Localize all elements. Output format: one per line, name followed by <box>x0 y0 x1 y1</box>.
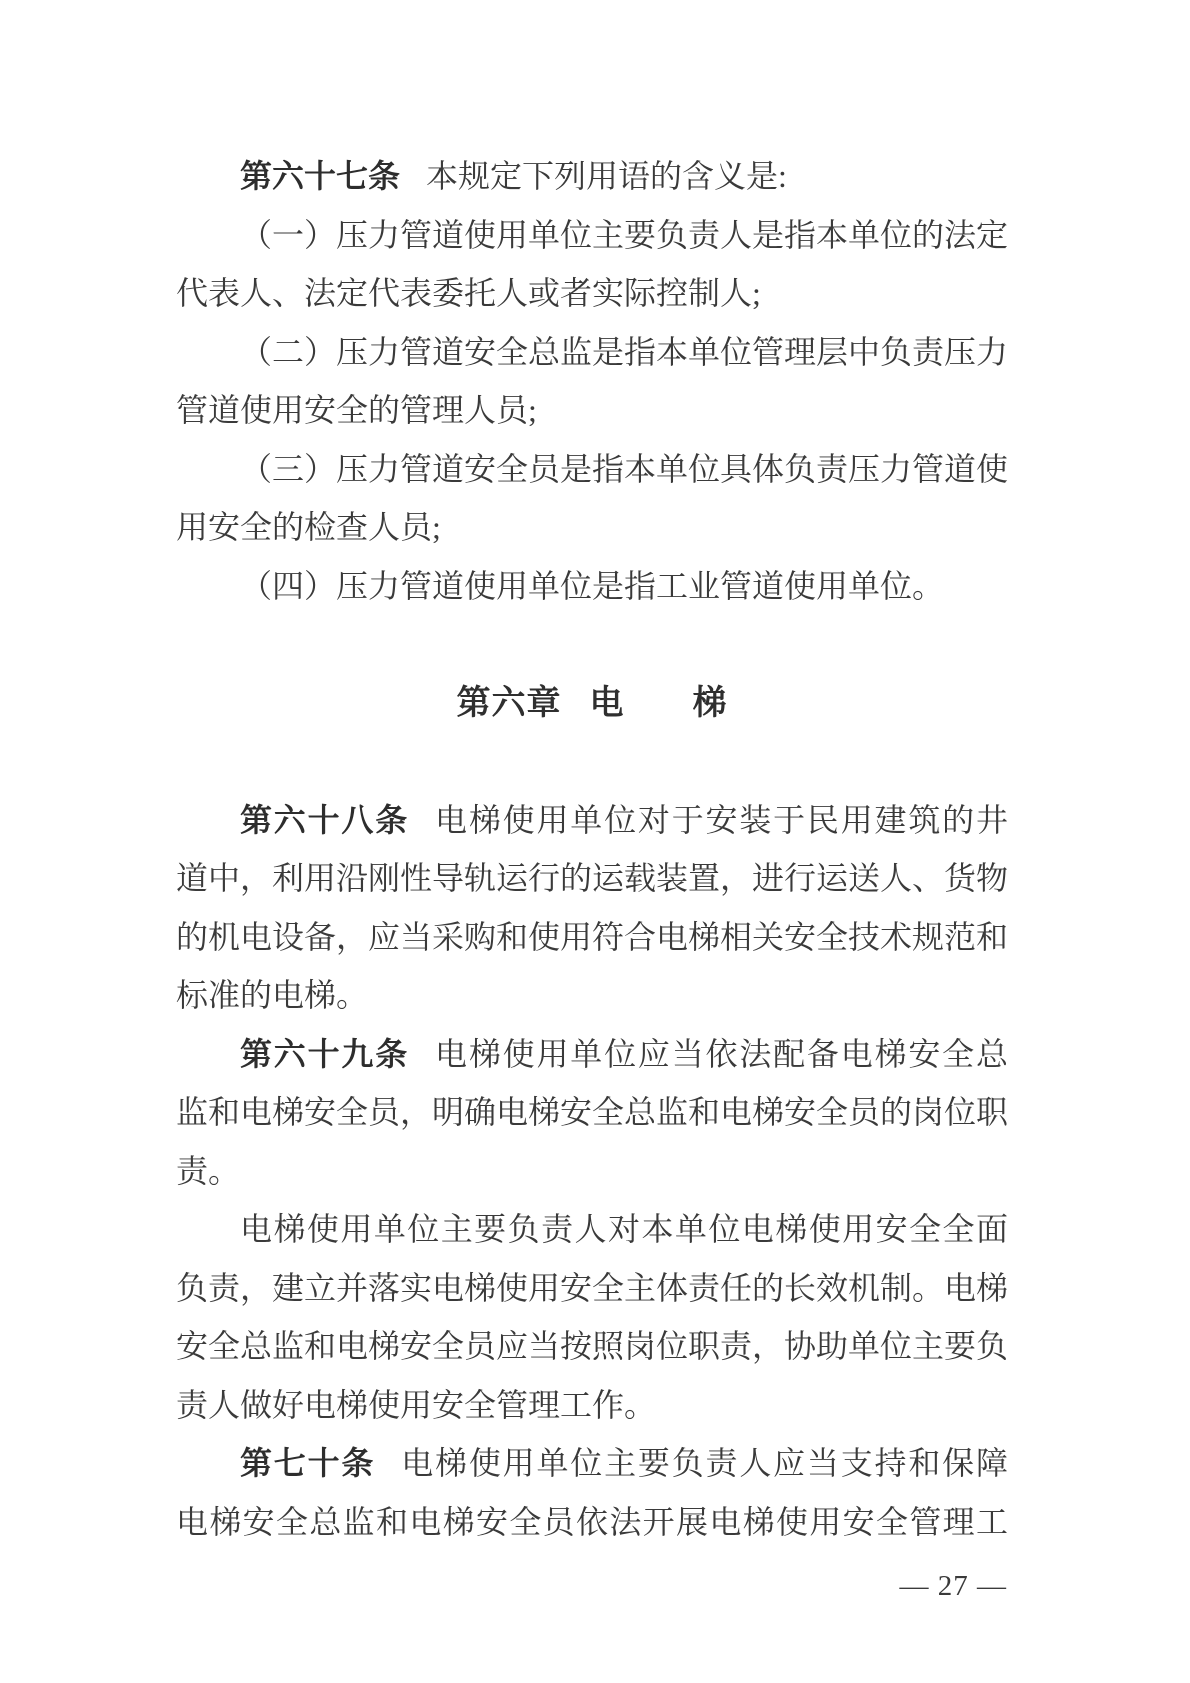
article-70-label: 第七十条 <box>240 1445 375 1481</box>
article-70-text-line-1: 电梯使用单位主要负责人应当支持和保障 <box>401 1445 1008 1481</box>
article-68-line-4: 标准的电梯。 <box>176 966 1008 1025</box>
chapter-6-heading: 第六章电梯 <box>176 674 1008 733</box>
article-69-line-2: 监和电梯安全员，明确电梯安全总监和电梯安全员的岗位职 <box>176 1083 1008 1142</box>
article-67-label: 第六十七条 <box>240 158 400 194</box>
article-69-line-3: 责。 <box>176 1142 1008 1201</box>
article-69-text-line-1: 电梯使用单位应当依法配备电梯安全总 <box>435 1036 1008 1072</box>
article-70-line-2: 电梯安全总监和电梯安全员依法开展电梯使用安全管理工 <box>176 1493 1008 1552</box>
article-68-line-3: 的机电设备，应当采购和使用符合电梯相关安全技术规范和 <box>176 908 1008 967</box>
article-68-text-line-1: 电梯使用单位对于安装于民用建筑的井 <box>435 802 1008 838</box>
chapter-6-title-char-1: 电 <box>590 684 625 722</box>
article-70-line-1: 第七十条电梯使用单位主要负责人应当支持和保障 <box>176 1434 1008 1493</box>
article-69-label: 第六十九条 <box>240 1036 409 1072</box>
article-69-para-2-line-4: 责人做好电梯使用安全管理工作。 <box>176 1376 1008 1435</box>
page-number: — 27 — <box>176 1571 1008 1601</box>
article-68-line-2: 道中，利用沿刚性导轨运行的运载装置，进行运送人、货物 <box>176 849 1008 908</box>
article-69-para-2-line-3: 安全总监和电梯安全员应当按照岗位职责，协助单位主要负 <box>176 1317 1008 1376</box>
article-69-para-2-line-2: 负责，建立并落实电梯使用安全主体责任的长效机制。电梯 <box>176 1259 1008 1318</box>
article-69-line-1: 第六十九条电梯使用单位应当依法配备电梯安全总 <box>176 1025 1008 1084</box>
article-68-label: 第六十八条 <box>240 802 409 838</box>
chapter-6-title-char-2: 梯 <box>693 684 728 722</box>
article-67-item-2-line-1: （二）压力管道安全总监是指本单位管理层中负责压力 <box>176 323 1008 382</box>
document-page: 第六十七条本规定下列用语的含义是: （一）压力管道使用单位主要负责人是指本单位的… <box>0 0 1190 1683</box>
article-67-item-1-line-1: （一）压力管道使用单位主要负责人是指本单位的法定 <box>176 206 1008 265</box>
article-68-line-1: 第六十八条电梯使用单位对于安装于民用建筑的井 <box>176 791 1008 850</box>
article-67-item-3-line-2: 用安全的检查人员; <box>176 498 1008 557</box>
article-67-opening-line: 第六十七条本规定下列用语的含义是: <box>176 147 1008 206</box>
article-67-item-2-line-2: 管道使用安全的管理人员; <box>176 381 1008 440</box>
article-67-lead-text: 本规定下列用语的含义是: <box>426 158 787 194</box>
article-67-item-3-line-1: （三）压力管道安全员是指本单位具体负责压力管道使 <box>176 440 1008 499</box>
article-67-item-4-line-1: （四）压力管道使用单位是指工业管道使用单位。 <box>176 557 1008 616</box>
article-69-para-2-line-1: 电梯使用单位主要负责人对本单位电梯使用安全全面 <box>176 1200 1008 1259</box>
page-content: 第六十七条本规定下列用语的含义是: （一）压力管道使用单位主要负责人是指本单位的… <box>0 0 1190 1601</box>
chapter-6-label: 第六章 <box>457 684 562 722</box>
article-67-item-1-line-2: 代表人、法定代表委托人或者实际控制人; <box>176 264 1008 323</box>
